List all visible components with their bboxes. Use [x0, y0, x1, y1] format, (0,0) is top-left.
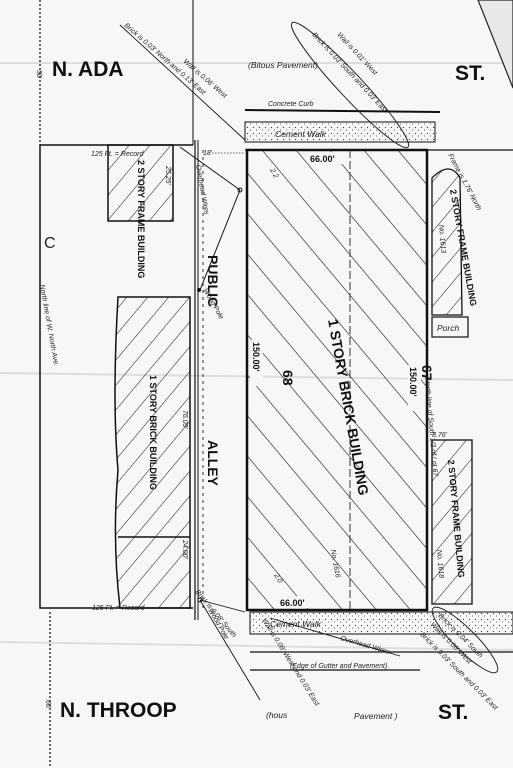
west-brick-dim: 76.09' — [181, 410, 188, 430]
street-ada: N. ADA — [52, 58, 124, 81]
right-depth: 150.00' — [408, 367, 418, 397]
wood-pole-icon — [197, 288, 201, 292]
north-walk-label: Cement Walk — [275, 129, 327, 139]
street-ada-suffix: ST. — [455, 62, 485, 85]
left-depth: 150.00' — [251, 342, 261, 372]
street-throop-suffix: ST. — [438, 701, 468, 724]
ne-note-a: Brick is 0.03' North and 0.13' East — [123, 22, 208, 97]
north-ave-line: North line of W. North Ave. — [38, 284, 59, 367]
curb-label: Concrete Curb — [268, 101, 314, 108]
lot-number: 68 — [280, 370, 296, 386]
brick-south-alley: Brick is 0.08' South — [193, 589, 237, 639]
west-rear-dim: 24.00' — [181, 539, 188, 560]
west-frame-dim: 25.25' — [164, 165, 171, 186]
pavement-south-right: Pavement ) — [354, 711, 398, 721]
overhead-wires-south-label: Overhead Wires — [339, 635, 390, 656]
north-ellipse-b: Wall is 0.01' West — [336, 32, 379, 78]
front-dim: 66.00' — [310, 154, 335, 164]
pavement-south-left: (hous — [266, 710, 288, 720]
porch-label: Porch — [437, 323, 459, 333]
north-curb — [245, 110, 440, 112]
west-frame-label: 2 STORY FRAME BUILDING — [136, 160, 146, 278]
record-top: 125 Ft. = Record — [91, 151, 144, 158]
alley-width: 18' — [203, 150, 213, 157]
street-width-north: 50 — [35, 70, 42, 78]
gutter-label: (Edge of Gutter and Pavement) — [290, 663, 387, 670]
overhead-wires-label: Overhead Wires — [194, 164, 210, 215]
survey-drawing: N. ADA ST. (Bitous Pavement) N. THROOP S… — [0, 0, 513, 768]
survey-plat: N. ADA ST. (Bitous Pavement) N. THROOP S… — [0, 0, 513, 768]
west-brick-label: 1 STORY BRICK BUILDING — [148, 375, 158, 490]
street-width-south: 66 — [44, 700, 51, 708]
letter-c: C — [44, 235, 56, 252]
rear-dim: 66.00' — [280, 598, 305, 608]
east-gap: 3.76' — [432, 432, 448, 439]
street-throop: N. THROOP — [60, 699, 177, 722]
record-bottom: 125 Ft. = Record — [92, 605, 145, 612]
alley-word: ALLEY — [205, 440, 221, 487]
pavement-north: (Bitous Pavement) — [248, 60, 318, 70]
